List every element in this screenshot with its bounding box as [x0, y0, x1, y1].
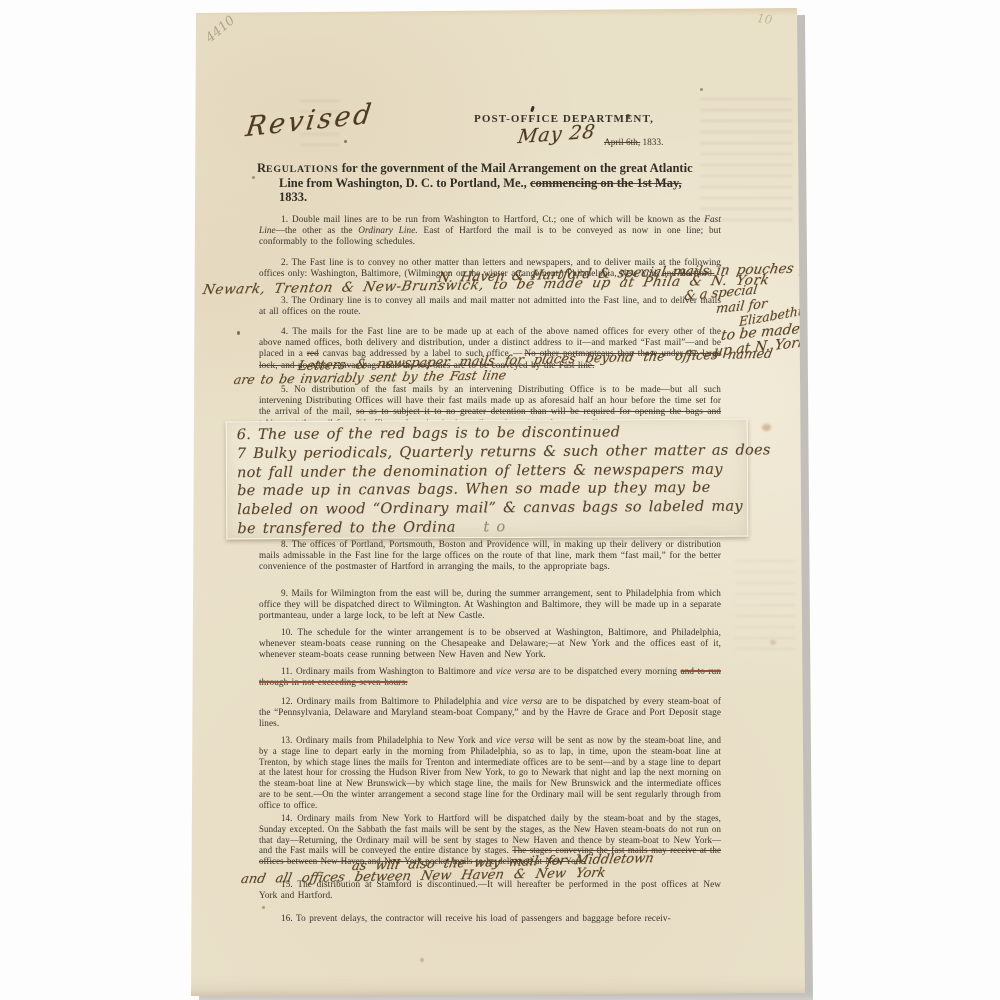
paragraph-text: Ordinary mails from Baltimore to Philade…	[293, 696, 503, 706]
paragraph-text: The offices of Portland, Portsmouth, Bos…	[259, 539, 721, 571]
title-line2-struck: commencing on the 1st May,	[530, 176, 682, 190]
paragraph-text: Mails for Wilmington from the east will …	[259, 588, 721, 620]
paragraph-number: 12.	[281, 696, 293, 706]
paragraph-text: The schedule for the winter arrangement …	[259, 627, 721, 659]
title-line2: Line from Washington, D. C. to Portland,…	[279, 176, 530, 190]
title-year: 1833.	[257, 191, 732, 205]
paragraph-number: 11.	[281, 666, 292, 676]
slip-line-text: be transfered to the Ordina	[237, 520, 455, 538]
paragraph-text: The Ordinary line is to convey all mails…	[259, 295, 721, 316]
foxing-spot	[344, 140, 347, 143]
pencil-mark-top-left: 4410	[203, 13, 238, 46]
foxing-spot	[237, 331, 240, 335]
paragraph-10: 10. The schedule for the winter arrangem…	[259, 627, 721, 661]
ordinary-line-italic: Ordinary Line.	[358, 225, 418, 235]
handwritten-date: May 28	[516, 120, 597, 148]
slip-line-faint-tail: t o	[483, 519, 505, 535]
foxing-spot	[262, 906, 265, 909]
paragraph-9: 9. Mails for Wilmington from the east wi…	[259, 588, 721, 622]
paragraph-12: 12. Ordinary mails from Baltimore to Phi…	[259, 696, 721, 730]
verso-show-through	[735, 560, 795, 650]
paragraph-11: 11. Ordinary mails from Washington to Ba…	[259, 666, 721, 688]
paragraph-number: 14.	[281, 813, 292, 823]
foxing-spot	[770, 640, 776, 645]
slip-handwriting: 6. The use of the red bags is to be disc…	[237, 422, 838, 539]
title-lead-smallcaps: EGULATIONS	[266, 164, 339, 175]
paragraph-13: 13. Ordinary mails from Philadelphia to …	[259, 735, 721, 811]
paragraph-text: Ordinary mails from Washington to Baltim…	[292, 666, 496, 676]
vice-versa-italic: vice versa	[496, 666, 535, 676]
paragraph-number: 16.	[281, 913, 293, 923]
paragraph-3: 3. The Ordinary line is to convey all ma…	[259, 295, 721, 317]
document-title: REGULATIONS for the government of the Ma…	[257, 162, 732, 204]
ink-blot	[530, 106, 535, 113]
paragraph-number: 10.	[281, 627, 293, 637]
foxing-spot	[700, 88, 703, 91]
paragraph-text: To prevent delays, the contractor will r…	[293, 913, 671, 923]
struck-printed-date: April 6th,	[604, 138, 640, 148]
vice-versa-italic: vice versa	[496, 735, 534, 745]
foxing-spot	[420, 958, 424, 962]
paragraph-text: Ordinary mails from Philadelphia to New …	[292, 735, 496, 745]
printed-date-line: April 6th, 1833.	[604, 138, 663, 148]
paragraph-8: 8. The offices of Portland, Portsmouth, …	[259, 539, 721, 573]
title-lead-cap: R	[257, 161, 266, 175]
paragraph-text: will be sent as now by the steam-boat li…	[259, 735, 721, 810]
paragraph-text: —the other as the	[276, 225, 359, 235]
struck-word-red: red	[307, 348, 319, 358]
paragraph-16: 16. To prevent delays, the contractor wi…	[259, 913, 721, 924]
pencil-mark-top-right: 10	[756, 11, 773, 27]
aged-paper-sheet: 4410 10 POST-OFFICE DEPARTMENT, Revised …	[0, 0, 1000, 1000]
vice-versa-italic: vice versa	[503, 696, 543, 706]
paragraph-text: are to be dispatched every morning	[535, 666, 680, 676]
document-scan: 4410 10 POST-OFFICE DEPARTMENT, Revised …	[0, 0, 1000, 1000]
paragraph-1: 1. Double mail lines are to be run from …	[259, 214, 721, 248]
paragraph-number: 13.	[281, 735, 292, 745]
paragraph-text: Double mail lines are to be run from Was…	[288, 214, 704, 224]
title-line1: for the government of the Mail Arrangeme…	[339, 161, 693, 175]
foxing-spot	[252, 176, 255, 179]
printed-year: 1833.	[640, 138, 663, 148]
